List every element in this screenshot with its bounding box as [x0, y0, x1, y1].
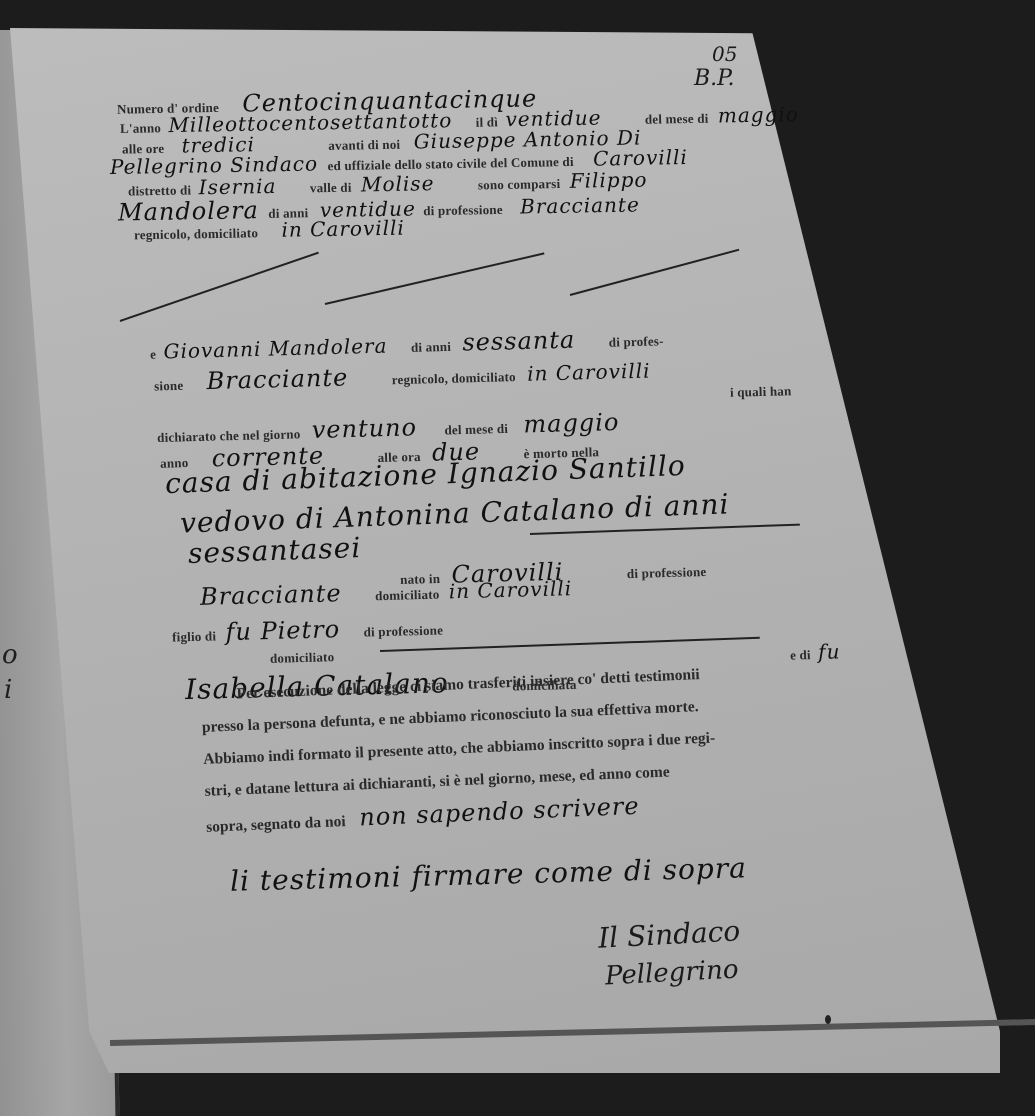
father-domicile-row: domiciliato: [270, 649, 335, 667]
witness2-prof-label: di profes-: [609, 333, 664, 349]
ink-blot: [825, 1015, 831, 1024]
witness2-domicile: in Carovilli: [527, 359, 651, 386]
father-name: fu Pietro: [225, 615, 340, 646]
figlio-label: figlio di: [172, 628, 216, 644]
left-page-fragment: o: [2, 640, 18, 670]
witness1-domicile: in Carovilli: [281, 216, 405, 242]
mese-label: del mese di: [645, 111, 709, 127]
deceased-age: sessantasei: [187, 531, 361, 570]
corner-annotation-initials: B.P.: [694, 66, 735, 91]
regnicolo-label: regnicolo, domiciliato: [134, 225, 258, 242]
father-domicile-label: domiciliato: [270, 649, 335, 666]
witness2-name: Giovanni Mandolera: [163, 334, 388, 364]
witness2-regnicolo-label: regnicolo, domiciliato: [392, 369, 516, 387]
witness2-profession: Bracciante: [206, 363, 348, 395]
quali-label-row: i quali han: [730, 383, 792, 401]
death-month-value: maggio: [523, 408, 620, 439]
witness1-domicile-row: regnicolo, domiciliato in Carovilli: [134, 216, 405, 245]
closing-paragraph: Per esecuzione della legge ci siamo tras…: [200, 653, 856, 844]
quali-label: i quali han: [730, 383, 792, 400]
professione-label: di professione: [423, 202, 503, 218]
corner-annotation-number: 05: [712, 42, 737, 66]
mese-value: maggio: [718, 102, 799, 127]
deceased-domicile: in Carovilli: [449, 576, 573, 603]
deceased-profession: Bracciante: [200, 579, 342, 611]
valle-label: valle di: [310, 180, 352, 196]
closing-line-5: sopra, segnato da noi: [206, 813, 346, 836]
witness2-prof-label-cont: sione: [154, 378, 184, 394]
comparsi-label: sono comparsi: [478, 176, 561, 192]
witness2-anni-label: di anni: [411, 339, 451, 355]
distretto-label: distretto di: [128, 182, 191, 198]
death-month-label: del mese di: [444, 421, 508, 438]
witness2-age: sessanta: [462, 326, 576, 357]
deceased-domicile-label: domiciliato: [375, 587, 440, 604]
witness1-profession: Bracciante: [520, 192, 640, 218]
left-page-fragment: i: [4, 675, 12, 705]
witness2-prefix: e: [150, 347, 156, 362]
deceased-prof-label: di professione: [627, 564, 707, 581]
father-prof-label: di professione: [363, 622, 443, 639]
